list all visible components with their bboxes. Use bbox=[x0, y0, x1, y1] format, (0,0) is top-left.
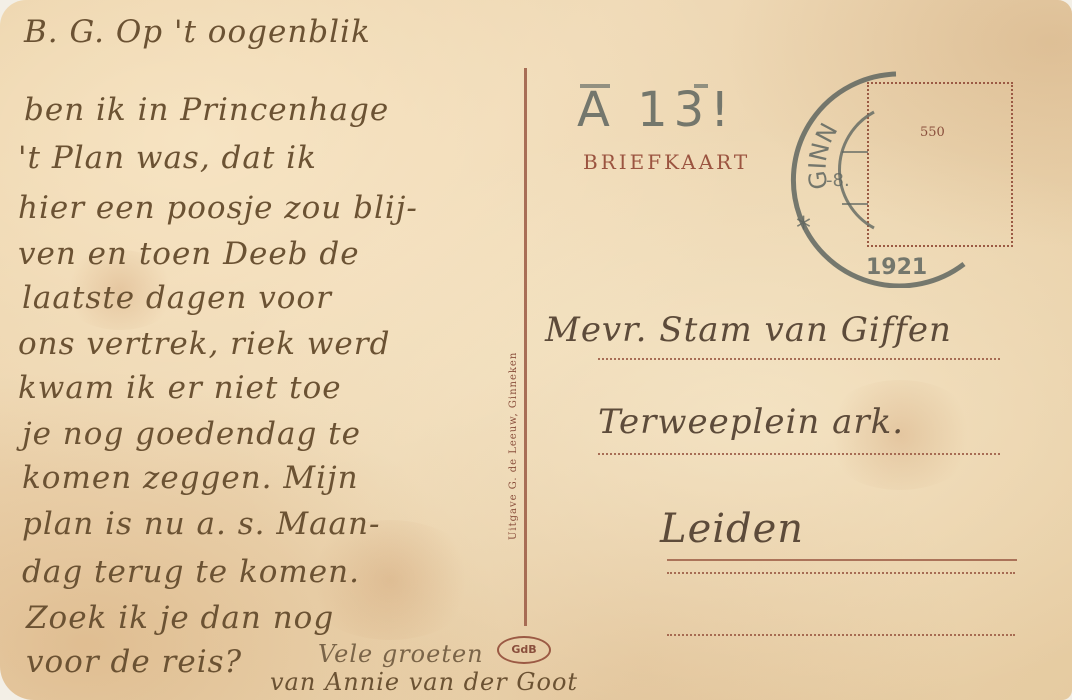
message-line: plan is nu a. s. Maan- bbox=[22, 506, 380, 542]
address-line-4 bbox=[667, 634, 1015, 636]
message-line: B. G. Op 't oogenblik bbox=[24, 14, 371, 50]
message-line: hier een poosje zou blij- bbox=[18, 190, 418, 226]
message-line: laatste dagen voor bbox=[22, 280, 332, 316]
postmark-icon: GINN -8. * 1921 bbox=[778, 68, 974, 288]
publisher-imprint: Uitgave G. de Leeuw, Ginneken bbox=[508, 352, 519, 540]
center-divider-line bbox=[524, 68, 527, 626]
message-line: ven en toen Deeb de bbox=[18, 236, 360, 272]
address-line-1 bbox=[598, 358, 1000, 360]
message-line: 't Plan was, dat ik bbox=[18, 140, 317, 176]
message-line: dag terug te komen. bbox=[22, 554, 360, 590]
message-signature: van Annie van der Goot bbox=[270, 668, 578, 696]
message-line: komen zeggen. Mijn bbox=[22, 460, 359, 496]
postmark-ornament: * bbox=[796, 211, 811, 246]
cancellation-mark: A 13! bbox=[577, 82, 735, 138]
message-line: ons vertrek, riek werd bbox=[18, 326, 390, 362]
address-street: Terweeplein ark. bbox=[598, 402, 904, 442]
address-recipient: Mevr. Stam van Giffen bbox=[545, 310, 952, 350]
address-line-3-dotted bbox=[667, 572, 1015, 574]
message-line: kwam ik er niet toe bbox=[18, 370, 342, 406]
message-closing: Vele groeten bbox=[318, 640, 484, 668]
briefkaart-label: BRIEFKAART bbox=[583, 150, 750, 174]
publisher-logo: GdB bbox=[497, 636, 551, 664]
postmark-day: -8. bbox=[826, 170, 850, 191]
message-line: Zoek ik je dan nog bbox=[26, 600, 334, 636]
message-line: voor de reis? bbox=[26, 644, 242, 680]
postcard-back: Uitgave G. de Leeuw, Ginneken GdB A 13! … bbox=[0, 0, 1072, 700]
address-line-2 bbox=[598, 453, 1000, 455]
address-line-3 bbox=[667, 559, 1017, 561]
postmark-year: 1921 bbox=[866, 255, 927, 280]
message-line: je nog goedendag te bbox=[22, 416, 361, 452]
message-line: ben ik in Princenhage bbox=[24, 92, 389, 128]
address-city: Leiden bbox=[660, 506, 804, 552]
